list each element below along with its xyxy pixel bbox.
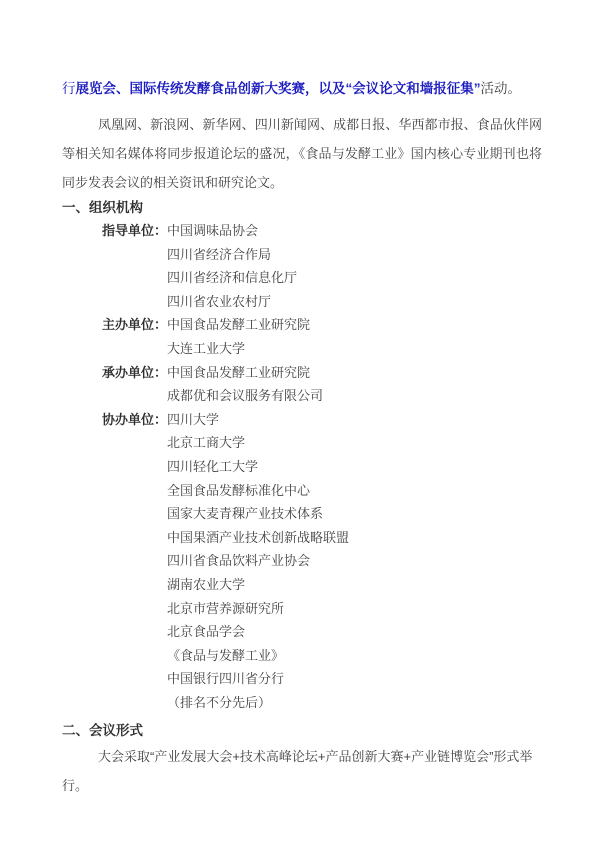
org-item: 北京市营养源研究所	[167, 597, 542, 621]
org-group-label: 承办单位：	[102, 361, 167, 385]
org-group-items: 中国食品发酵工业研究院 大连工业大学	[167, 313, 542, 360]
org-group-items: 中国调味品协会 四川省经济合作局 四川省经济和信息化厅 四川省农业农村厅	[167, 219, 542, 313]
org-group-items: 中国食品发酵工业研究院 成都优和会议服务有限公司	[167, 361, 542, 408]
lead-highlight-text: 展览会、国际传统发酵食品创新大奖赛，以及“会议论文和墙报征集”	[76, 81, 481, 96]
org-item: 中国果酒产业技术创新战略联盟	[167, 526, 542, 550]
org-item: （排名不分先后）	[167, 691, 542, 715]
org-item: 北京工商大学	[167, 431, 542, 455]
org-item: 四川省农业农村厅	[167, 290, 542, 314]
org-group-items: 四川大学 北京工商大学 四川轻化工大学 全国食品发酵标准化中心 国家大麦青稞产业…	[167, 408, 542, 715]
lead-suffix: 活动。	[481, 81, 522, 96]
org-item: 四川大学	[167, 408, 542, 432]
org-item: 四川轻化工大学	[167, 455, 542, 479]
format-paragraph: 大会采取“产业发展大会+技术高峰论坛+产品创新大赛+产业链博览会”形式举行。	[62, 742, 542, 800]
org-item: 湖南农业大学	[167, 573, 542, 597]
org-item: 四川省经济和信息化厅	[167, 266, 542, 290]
org-group-co-organizer: 协办单位： 四川大学 北京工商大学 四川轻化工大学 全国食品发酵标准化中心 国家…	[102, 408, 542, 715]
org-item: 中国调味品协会	[167, 219, 542, 243]
org-group-label: 指导单位：	[102, 219, 167, 243]
org-group-guidance: 指导单位： 中国调味品协会 四川省经济合作局 四川省经济和信息化厅 四川省农业农…	[102, 219, 542, 313]
lead-prefix: 行	[62, 81, 76, 96]
section-heading-format: 二、会议形式	[62, 720, 542, 742]
org-item: 中国食品发酵工业研究院	[167, 361, 542, 385]
org-item: 《食品与发酵工业》	[167, 644, 542, 668]
org-item: 成都优和会议服务有限公司	[167, 384, 542, 408]
org-group-host: 主办单位： 中国食品发酵工业研究院 大连工业大学	[102, 313, 542, 360]
org-item: 北京食品学会	[167, 620, 542, 644]
org-group-label: 主办单位：	[102, 313, 167, 337]
org-item: 中国食品发酵工业研究院	[167, 313, 542, 337]
org-group-label: 协办单位：	[102, 408, 167, 432]
org-item: 四川省食品饮料产业协会	[167, 549, 542, 573]
document-page: 行展览会、国际传统发酵食品创新大奖赛，以及“会议论文和墙报征集”活动。 凤凰网、…	[0, 0, 600, 848]
org-item: 国家大麦青稞产业技术体系	[167, 502, 542, 526]
lead-sentence: 行展览会、国际传统发酵食品创新大奖赛，以及“会议论文和墙报征集”活动。	[62, 78, 542, 100]
media-paragraph: 凤凰网、新浪网、新华网、四川新闻网、成都日报、华西都市报、食品伙伴网等相关知名媒…	[62, 110, 542, 197]
org-item: 四川省经济合作局	[167, 243, 542, 267]
organization-list: 指导单位： 中国调味品协会 四川省经济合作局 四川省经济和信息化厅 四川省农业农…	[62, 219, 542, 714]
org-group-organizer: 承办单位： 中国食品发酵工业研究院 成都优和会议服务有限公司	[102, 361, 542, 408]
org-item: 中国银行四川省分行	[167, 667, 542, 691]
section-heading-organization: 一、组织机构	[62, 197, 542, 219]
org-item: 大连工业大学	[167, 337, 542, 361]
org-item: 全国食品发酵标准化中心	[167, 479, 542, 503]
